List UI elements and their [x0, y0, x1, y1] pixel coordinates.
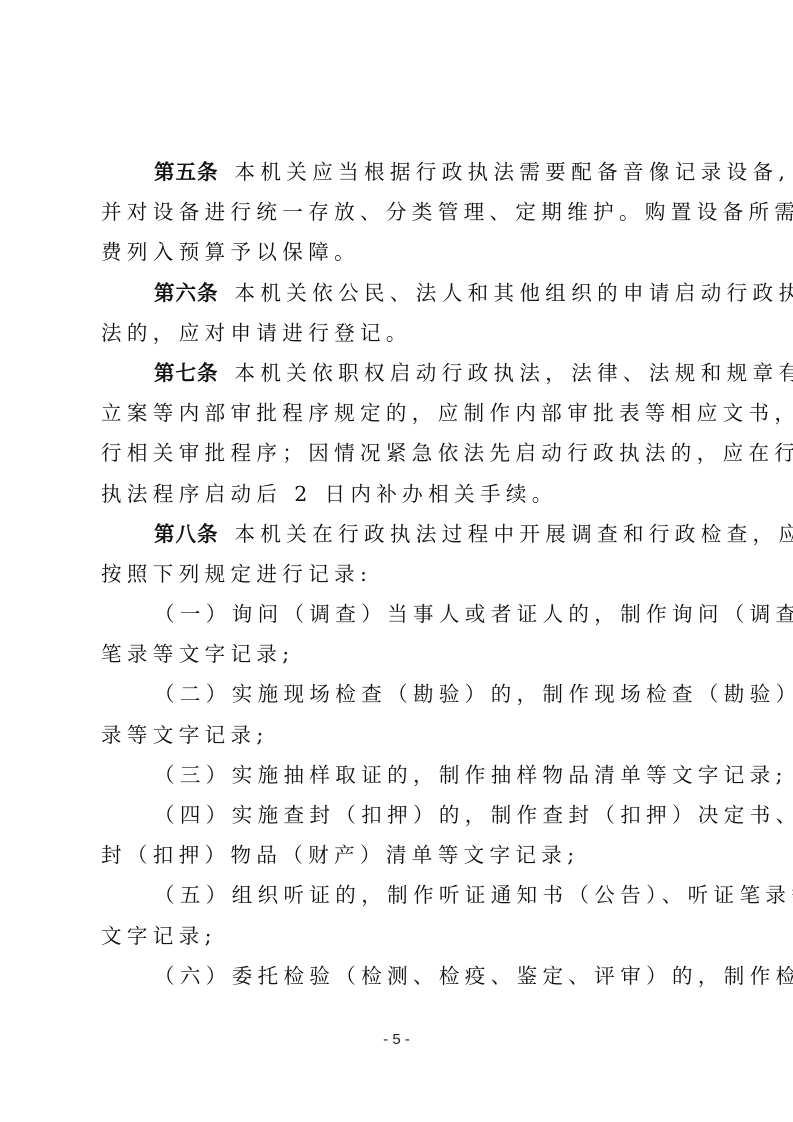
list-item-4-line-2: 封（扣押）物品（财产）清单等文字记录;: [101, 835, 693, 875]
article-heading: 第六条: [154, 281, 219, 305]
document-body: 第五条本机关应当根据行政执法需要配备音像记录设备, 并对设备进行统一存放、分类管…: [101, 152, 693, 996]
article-heading: 第五条: [154, 160, 219, 184]
article-5-line-1: 第五条本机关应当根据行政执法需要配备音像记录设备,: [101, 152, 693, 192]
article-heading: 第八条: [154, 522, 219, 546]
article-7-line-1: 第七条本机关依职权启动行政执法，法律、法规和规章有: [101, 353, 693, 393]
article-7-line-2: 立案等内部审批程序规定的，应制作内部审批表等相应文书，履: [101, 393, 693, 433]
list-item-2-line-1: （二）实施现场检查（勘验）的，制作现场检查（勘验）笔: [101, 674, 693, 714]
article-5-line-2: 并对设备进行统一存放、分类管理、定期维护。购置设备所需经: [101, 192, 693, 232]
list-item-2-line-2: 录等文字记录;: [101, 715, 693, 755]
page-number: - 5 -: [0, 1031, 793, 1048]
list-item-4-line-1: （四）实施查封（扣押）的，制作查封（扣押）决定书、查: [101, 795, 693, 835]
article-8-line-2: 按照下列规定进行记录:: [101, 554, 693, 594]
list-item-3-line-1: （三）实施抽样取证的，制作抽样物品清单等文字记录;: [101, 755, 693, 795]
list-item-1-line-1: （一）询问（调查）当事人或者证人的，制作询问（调查）: [101, 594, 693, 634]
article-7-line-3: 行相关审批程序；因情况紧急依法先启动行政执法的，应在行政: [101, 433, 693, 473]
list-item-1-line-2: 笔录等文字记录;: [101, 634, 693, 674]
list-item-5-line-1: （五）组织听证的，制作听证通知书（公告）、听证笔录等: [101, 875, 693, 915]
list-item-6-line-1: （六）委托检验（检测、检疫、鉴定、评审）的，制作检验: [101, 956, 693, 996]
document-page: 第五条本机关应当根据行政执法需要配备音像记录设备, 并对设备进行统一存放、分类管…: [0, 0, 793, 1122]
article-6-line-1: 第六条本机关依公民、法人和其他组织的申请启动行政执: [101, 273, 693, 313]
article-6-line-2: 法的，应对申请进行登记。: [101, 313, 693, 353]
article-8-line-1: 第八条本机关在行政执法过程中开展调查和行政检查，应: [101, 514, 693, 554]
article-7-line-4: 执法程序启动后 2 日内补办相关手续。: [101, 474, 693, 514]
article-5-line-3: 费列入预算予以保障。: [101, 232, 693, 272]
list-item-5-line-2: 文字记录;: [101, 916, 693, 956]
article-heading: 第七条: [154, 361, 219, 385]
